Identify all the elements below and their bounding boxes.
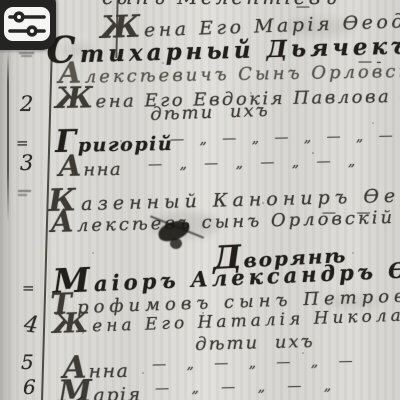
sliders-icon <box>4 7 50 41</box>
ditto-marks: — „ — „ — „ — <box>152 355 353 372</box>
margin-stamp-smudge <box>18 194 27 196</box>
row-number: 6 <box>23 377 36 397</box>
row-number: = <box>16 136 29 151</box>
scan-app-badge[interactable] <box>0 0 56 50</box>
row-number: 2 <box>20 94 33 115</box>
manuscript-line: Анна <box>58 151 122 181</box>
ditto-marks: — „ — „ — „ — „ — <box>170 129 393 147</box>
manuscript-scan-page: 2 = 3 = 4 5 6 сынъ Мелентіевъ — Жена Его… <box>0 0 400 400</box>
row-number: 3 <box>20 153 33 174</box>
manuscript-line: дѣти ихъ <box>150 102 270 124</box>
ditto-marks: — „ — „ — „ <box>155 379 331 396</box>
badge-caption-smudge <box>19 52 34 54</box>
margin-stamp-smudge <box>18 190 31 192</box>
row-number: 5 <box>21 352 34 372</box>
row-number: 4 <box>23 314 40 338</box>
ditto-marks: — „ — „ — „ — „ <box>148 154 355 172</box>
manuscript-line: дѣти ихъ <box>195 333 315 354</box>
ditto-marks: — — <box>322 206 370 220</box>
row-number: = <box>22 281 35 296</box>
table-edge-rule <box>7 52 9 222</box>
ditto-marks: — - <box>358 55 381 69</box>
badge-caption-smudge <box>21 55 32 57</box>
ink-blot <box>170 238 182 249</box>
